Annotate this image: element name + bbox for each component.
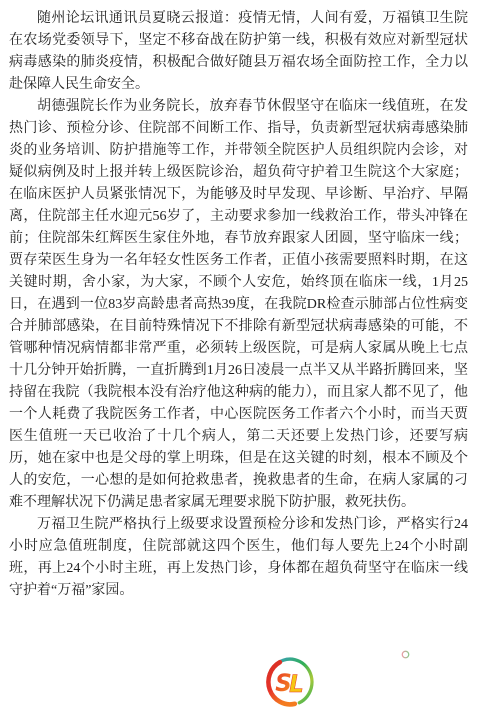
small-ring-icon <box>401 650 410 659</box>
document-page: { "article": { "paragraphs": [ "随州论坛讯通讯员… <box>0 0 480 711</box>
logo-letter-l: L <box>289 669 304 698</box>
paragraph-doctors: 胡德强院长作为业务院长，放弃春节休假坚守在临床一线值班，在发热门诊、预检分诊、住… <box>9 96 468 514</box>
article-body: 随州论坛讯通讯员夏晓云报道：疫情无情，人间有爱，万福镇卫生院在农场党委领导下，坚… <box>0 0 480 602</box>
paragraph-intro: 随州论坛讯通讯员夏晓云报道：疫情无情，人间有爱，万福镇卫生院在农场党委领导下，坚… <box>9 8 468 96</box>
paragraph-closing: 万福卫生院严格执行上级要求设置预检分诊和发热门诊，严格实行24小时应急值班制度，… <box>9 514 468 602</box>
suizhou-forum-sl-logo-icon: S L <box>265 656 315 708</box>
